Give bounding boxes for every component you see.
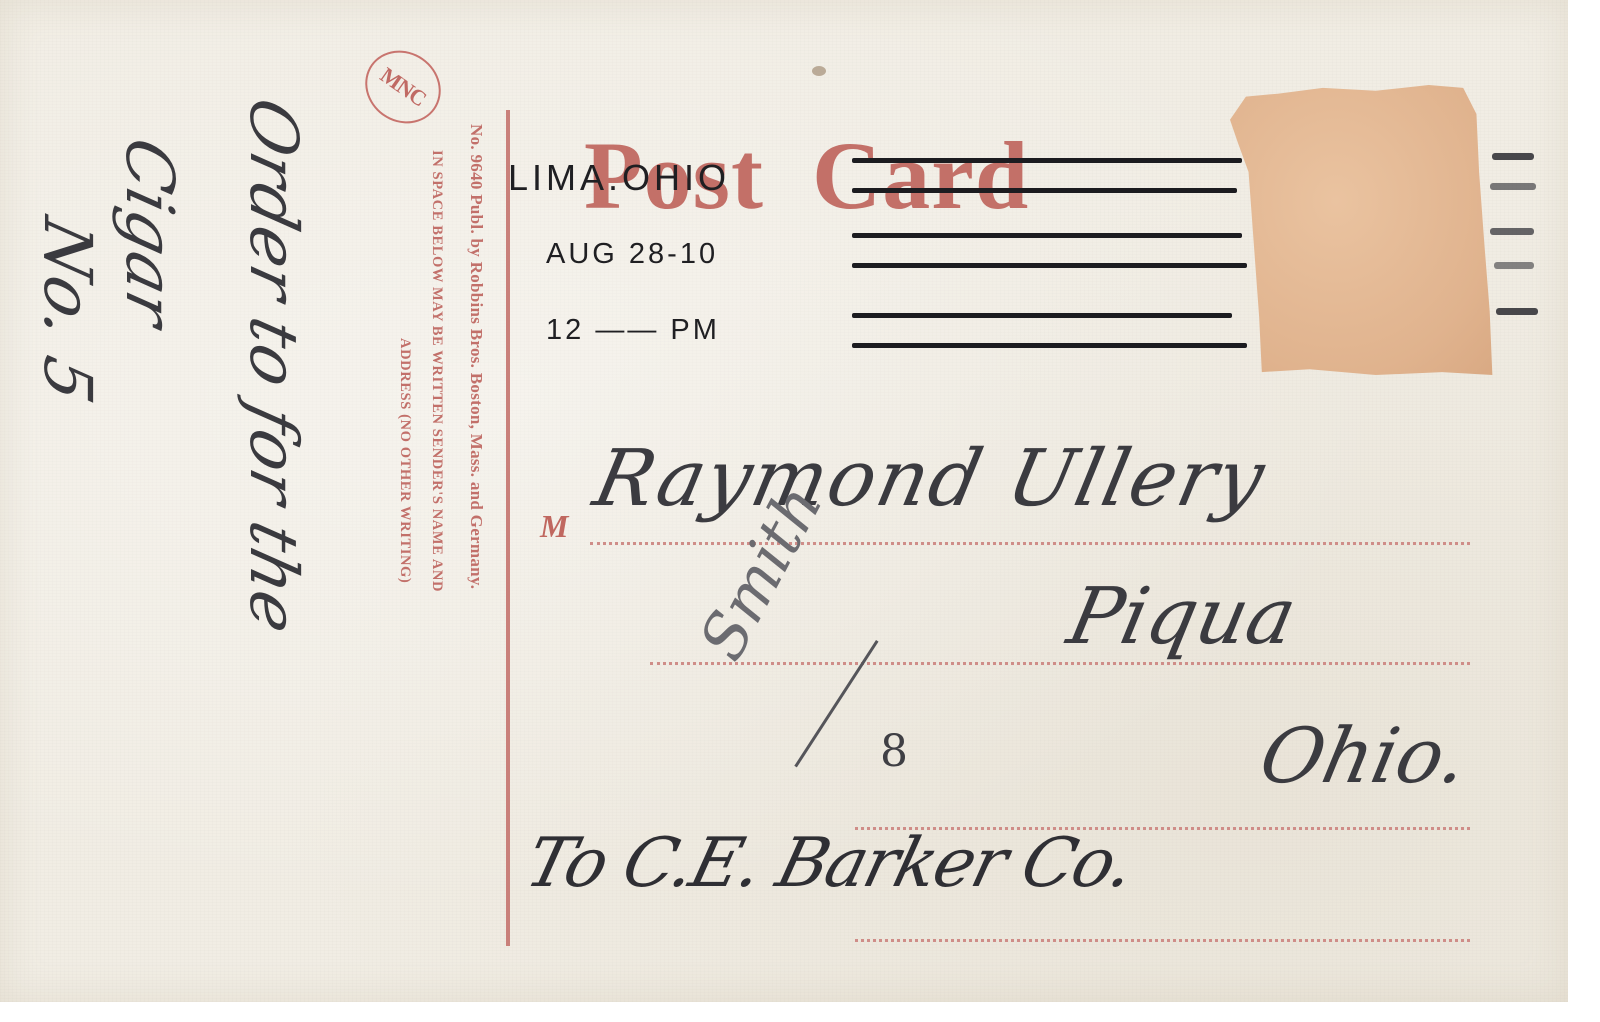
paper-stain <box>812 66 826 76</box>
scan-margin-right <box>1568 0 1600 1022</box>
pencil-slash-mark <box>794 640 878 767</box>
scan-margin-bottom <box>0 1002 1600 1022</box>
message-line-3: No. 5 <box>34 212 100 409</box>
address-line-2 <box>650 662 1470 665</box>
stamp-remnant <box>1230 85 1495 375</box>
postmark-city: LIMA.OHIO <box>508 160 730 196</box>
publisher-logo-text: MNC <box>375 62 430 112</box>
publisher-logo: MNC <box>351 36 455 138</box>
address-line-1 <box>590 542 1470 545</box>
instructions-line-1: IN SPACE BELOW MAY BE WRITTEN SENDER'S N… <box>428 150 445 592</box>
address-line-4 <box>855 939 1470 942</box>
recipient-state: Ohio. <box>1254 718 1474 794</box>
title-word-card: Card <box>812 122 1029 229</box>
center-divider <box>506 110 510 946</box>
address-prefix-m: M <box>540 508 568 545</box>
postmark-time: 12 —— PM <box>546 316 720 345</box>
postmark-date: AUG 28-10 <box>546 240 718 269</box>
attention-line: To C.E. Barker Co. <box>520 830 1140 898</box>
recipient-name: Raymond Ullery <box>588 440 1273 518</box>
message-line-2: Cigar <box>116 132 182 333</box>
publisher-line: No. 9640 Publ. by Robbins Bros. Boston, … <box>466 124 486 589</box>
instructions-line-2: ADDRESS (NO OTHER WRITING) <box>396 338 413 583</box>
message-line-1: Order to for the <box>240 92 306 640</box>
recipient-city: Piqua <box>1062 578 1303 656</box>
pencil-number: 8 <box>880 730 908 774</box>
postcard-back: MNC No. 9640 Publ. by Robbins Bros. Bost… <box>0 0 1568 1002</box>
